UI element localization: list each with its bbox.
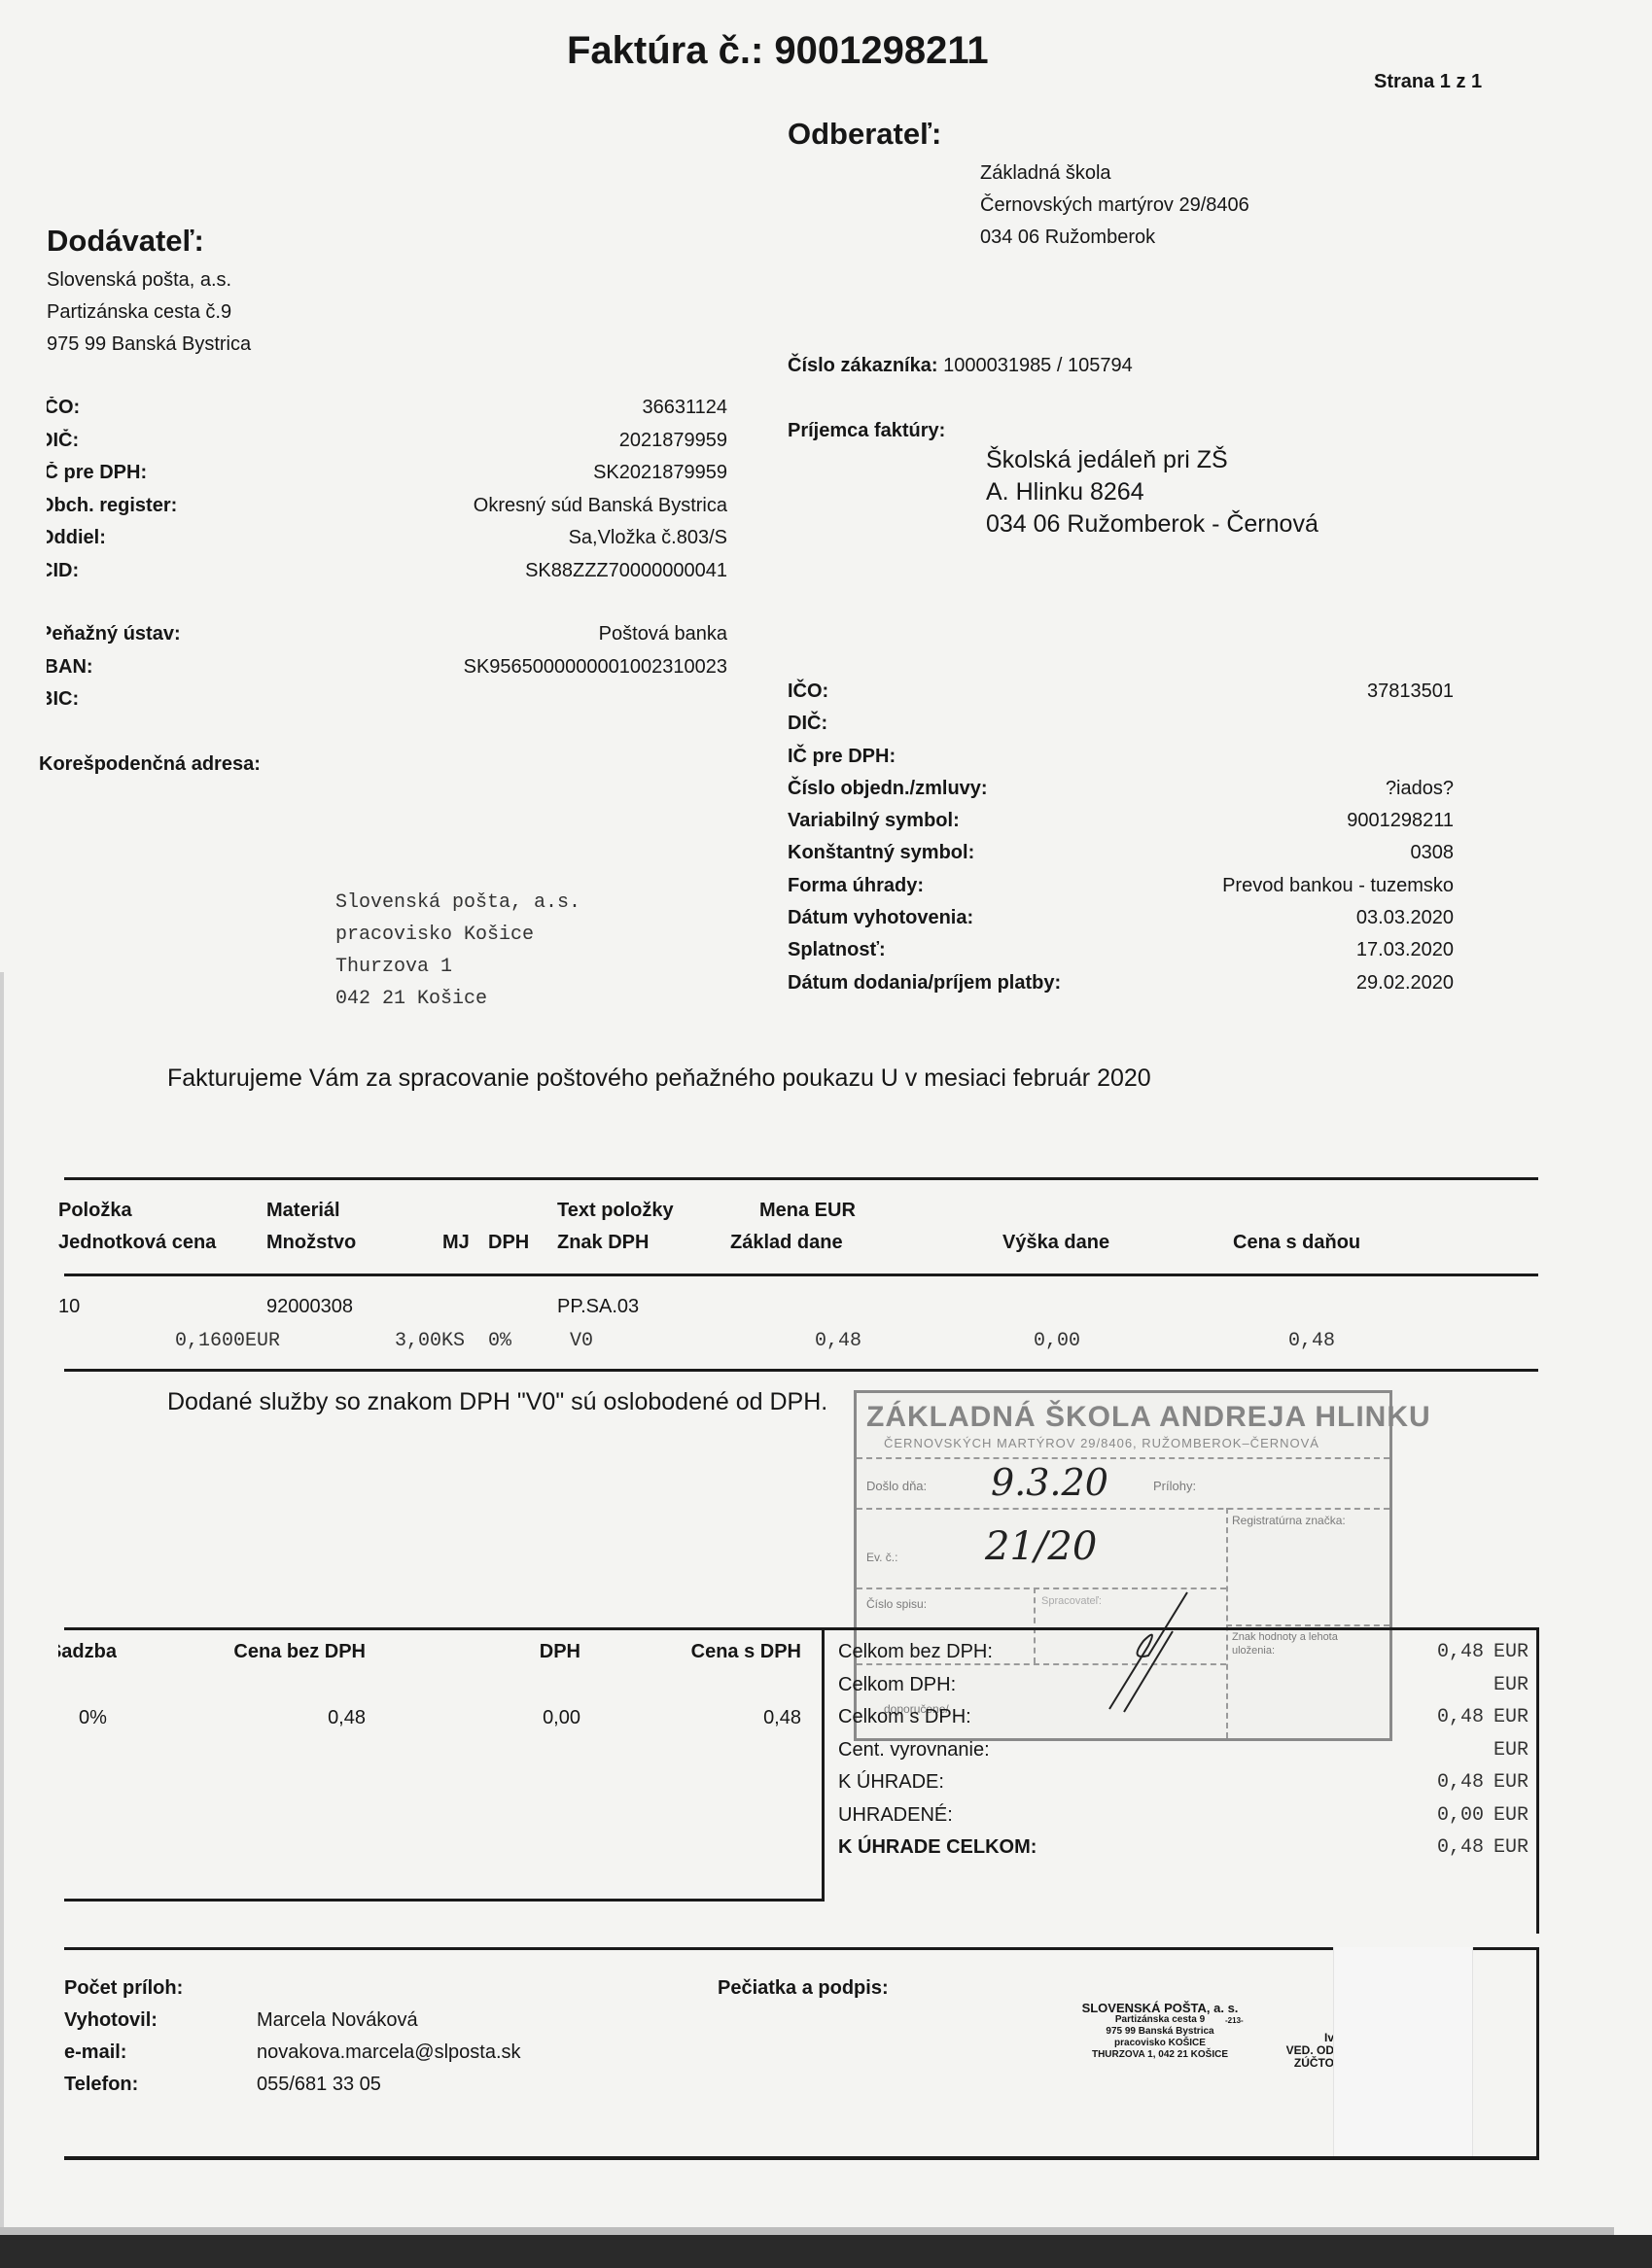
total-value: 0,48EUR: [1437, 1771, 1529, 1794]
customer-heading: Odberateľ:: [788, 117, 941, 152]
vat-summary-bottom-rule: [64, 1899, 824, 1902]
page-info: Strana 1 z 1: [1374, 71, 1482, 93]
registry-stamp-title: ZÁKLADNÁ ŠKOLA ANDREJA HLINKU: [866, 1401, 1431, 1434]
recipient-line: Školská jedáleň pri ZŠ: [986, 444, 1318, 476]
vat-col-rate: Sadzba: [64, 1641, 123, 1669]
detail-row: Konštantný symbol:0308: [788, 842, 1454, 874]
total-row: Celkom s DPH:0,48EUR: [838, 1706, 1529, 1739]
supplier-field-label: IČ pre DPH:: [39, 462, 147, 484]
customer-address-line: 034 06 Ružomberok: [980, 222, 1249, 254]
col-header-quantity: Množstvo: [266, 1232, 356, 1254]
col-header-text: Text položky: [557, 1200, 674, 1222]
col-header-currency: Mena EUR: [759, 1200, 856, 1222]
cell-text: PP.SA.03: [557, 1296, 639, 1318]
correspondence-line: 042 21 Košice: [335, 983, 580, 1015]
supplier-address: Slovenská pošta, a.s. Partizánska cesta …: [47, 264, 251, 361]
correspondence-label: Korešpodenčná adresa:: [39, 753, 261, 776]
detail-label: Dátum vyhotovenia:: [788, 907, 973, 929]
stamp-registry-mark-label: Registratúrna značka:: [1232, 1514, 1346, 1527]
intro-text: Fakturujeme Vám za spracovanie poštového…: [167, 1064, 1151, 1093]
stamp-divider: [857, 1457, 1389, 1459]
customer-number-label: Číslo zákazníka:: [788, 355, 938, 376]
col-header-tax-base: Základ dane: [730, 1232, 843, 1254]
bank-field-row: BIC:: [39, 688, 727, 721]
total-amount: 0,48: [1437, 1836, 1484, 1859]
phone-value: 055/681 33 05: [257, 2074, 381, 2096]
signer-block: Iv VED. OD ZÚČTO: [1276, 2032, 1334, 2070]
supplier-field-value: Sa,Vložka č.803/S: [569, 527, 727, 549]
correspondence-line: Slovenská pošta, a.s.: [335, 887, 580, 919]
totals-top-rule: [64, 1627, 1538, 1630]
company-stamp-line: SLOVENSKÁ POŠTA, a. s.: [1063, 2003, 1257, 2014]
cell-tax-base: 0,48: [764, 1330, 861, 1352]
detail-value: 17.03.2020: [1356, 939, 1454, 961]
invoice-details: IČO:37813501DIČ:IČ pre DPH:Číslo objedn.…: [788, 680, 1454, 1004]
total-row: K ÚHRADE:0,48EUR: [838, 1771, 1529, 1804]
recipient-line: 034 06 Ružomberok - Černová: [986, 508, 1318, 541]
bank-field-value: SK9565000000001002310023: [464, 656, 727, 679]
scan-bottom-edge: [0, 2235, 1652, 2268]
scan-bottom-edge-light: [0, 2227, 1614, 2235]
footer-right-rule: [1536, 1947, 1539, 2160]
cell-item: 10: [58, 1296, 80, 1318]
company-stamp-line: THURZOVA 1, 042 21 KOŠICE: [1063, 2049, 1257, 2061]
supplier-field-label: Oddiel:: [39, 527, 106, 549]
total-value: 0,48EUR: [1437, 1836, 1529, 1859]
supplier-field-value: Okresný súd Banská Bystrica: [474, 495, 727, 517]
total-value: 0,48EUR: [1437, 1706, 1529, 1728]
supplier-field-label: DIČ:: [39, 430, 79, 452]
company-stamp-line: pracovisko KOŠICE: [1063, 2038, 1257, 2049]
total-value: 0,00EUR: [1437, 1804, 1529, 1827]
totals-right-rule: [1536, 1627, 1539, 1934]
supplier-address-line: Slovenská pošta, a.s.: [47, 264, 251, 297]
supplier-field-label: IČO:: [39, 397, 80, 419]
bank-field-label: BIC:: [39, 688, 79, 711]
table-top-rule: [64, 1177, 1538, 1180]
total-currency: EUR: [1494, 1674, 1529, 1696]
total-amount: 0,48: [1437, 1706, 1484, 1728]
paper-overlay-sticker: [1333, 1947, 1473, 2159]
totals-divider: [822, 1627, 825, 1902]
supplier-field-row: CID:SK88ZZZ70000000041: [39, 560, 727, 593]
customer-address-line: Černovských martýrov 29/8406: [980, 190, 1249, 222]
email-label: e-mail:: [64, 2041, 126, 2064]
total-value: EUR: [1484, 1739, 1529, 1762]
detail-row: DIČ:: [788, 713, 1454, 745]
vat-gross: 0,48: [704, 1707, 801, 1729]
detail-label: Konštantný symbol:: [788, 842, 974, 864]
total-row: Celkom bez DPH:0,48EUR: [838, 1641, 1529, 1674]
detail-label: Forma úhrady:: [788, 875, 924, 897]
total-label: Celkom DPH:: [838, 1674, 956, 1696]
cell-unit-price: 0,1600EUR: [175, 1330, 280, 1352]
phone-label: Telefon:: [64, 2074, 138, 2096]
supplier-field-value: SK88ZZZ70000000041: [525, 560, 727, 582]
email-value: novakova.marcela@slposta.sk: [257, 2041, 521, 2064]
footer-bottom-rule: [64, 2156, 1538, 2160]
total-label: UHRADENÉ:: [838, 1804, 953, 1827]
col-header-item: Položka: [58, 1200, 132, 1222]
detail-row: IČ pre DPH:: [788, 746, 1454, 778]
total-label: Celkom s DPH:: [838, 1706, 971, 1728]
company-stamp-code: -213-: [1225, 2016, 1244, 2025]
registry-stamp-subtitle: ČERNOVSKÝCH MARTÝROV 29/8406, RUŽOMBEROK…: [884, 1436, 1319, 1450]
company-stamp-line: 975 99 Banská Bystrica: [1063, 2026, 1257, 2038]
detail-label: Číslo objedn./zmluvy:: [788, 778, 988, 800]
col-header-vat: DPH: [488, 1232, 529, 1254]
supplier-fields: IČO:36631124DIČ:2021879959IČ pre DPH:SK2…: [39, 397, 727, 592]
total-currency: EUR: [1494, 1804, 1529, 1827]
detail-value: ?iados?: [1386, 778, 1454, 800]
col-header-vat-code: Znak DPH: [557, 1232, 649, 1254]
customer-number-value: 1000031985 / 105794: [943, 355, 1133, 376]
bank-field-value: Poštová banka: [599, 623, 727, 646]
supplier-field-label: Obch. register:: [39, 495, 177, 517]
stamp-attachments-label: Prílohy:: [1153, 1479, 1196, 1493]
recipient-label: Príjemca faktúry:: [788, 420, 945, 442]
supplier-field-value: 36631124: [643, 397, 728, 419]
total-label: K ÚHRADE CELKOM:: [838, 1836, 1037, 1859]
vat-rate: 0%: [79, 1707, 107, 1729]
total-label: Celkom bez DPH:: [838, 1641, 993, 1663]
detail-label: IČO:: [788, 680, 828, 703]
stamp-divider: [857, 1508, 1389, 1510]
detail-row: IČO:37813501: [788, 680, 1454, 713]
supplier-bank-fields: Peňažný ústav:Poštová bankaIBAN:SK956500…: [39, 623, 727, 721]
total-currency: EUR: [1494, 1739, 1529, 1762]
total-row: Celkom DPH:EUR: [838, 1674, 1529, 1707]
table-bottom-rule: [64, 1369, 1538, 1372]
vat-col-gross: Cena s DPH: [642, 1641, 801, 1663]
totals-list: Celkom bez DPH:0,48EURCelkom DPH:EURCelk…: [838, 1641, 1529, 1869]
detail-row: Dátum dodania/príjem platby:29.02.2020: [788, 972, 1454, 1004]
correspondence-line: Thurzova 1: [335, 951, 580, 983]
supplier-heading: Dodávateľ:: [47, 224, 204, 259]
col-header-tax-amount: Výška dane: [1002, 1232, 1109, 1254]
cell-material: 92000308: [266, 1296, 353, 1318]
total-row: Cent. vyrovnanie:EUR: [838, 1739, 1529, 1772]
detail-value: 0308: [1411, 842, 1455, 864]
customer-address: Základná škola Černovských martýrov 29/8…: [980, 157, 1249, 254]
bank-field-row: IBAN:SK9565000000001002310023: [39, 656, 727, 689]
signer-line: ZÚČTO: [1276, 2057, 1334, 2070]
detail-value: 29.02.2020: [1356, 972, 1454, 994]
correspondence-line: pracovisko Košice: [335, 919, 580, 951]
vat-col-net: Cena bez DPH: [194, 1641, 366, 1663]
supplier-field-value: 2021879959: [619, 430, 727, 452]
detail-label: Dátum dodania/príjem platby:: [788, 972, 1061, 994]
attachments-label: Počet príloh:: [64, 1977, 183, 2000]
col-header-unit: MJ: [442, 1232, 470, 1254]
customer-number: Číslo zákazníka: 1000031985 / 105794: [788, 355, 1133, 377]
detail-value: Prevod bankou - tuzemsko: [1222, 875, 1454, 897]
stamp-ev-handwritten: 21/20: [985, 1524, 1097, 1569]
bank-field-label: Peňažný ústav:: [39, 623, 181, 646]
detail-label: Splatnosť:: [788, 939, 886, 961]
footer-top-rule: [64, 1947, 1538, 1950]
recipient-address: Školská jedáleň pri ZŠ A. Hlinku 8264 03…: [986, 444, 1318, 541]
cell-vat-code: V0: [570, 1330, 593, 1352]
total-amount: 0,48: [1437, 1771, 1484, 1794]
total-currency: EUR: [1494, 1706, 1529, 1728]
stamp-signature-label: Pečiatka a podpis:: [718, 1977, 889, 2000]
supplier-address-line: Partizánska cesta č.9: [47, 297, 251, 329]
vat-amount: 0,00: [483, 1707, 580, 1729]
supplier-address-line: 975 99 Banská Bystrica: [47, 329, 251, 361]
total-amount: 0,48: [1437, 1641, 1484, 1663]
customer-address-line: Základná škola: [980, 157, 1249, 190]
recipient-line: A. Hlinku 8264: [986, 476, 1318, 508]
vat-net: 0,48: [268, 1707, 366, 1729]
supplier-field-row: Obch. register:Okresný súd Banská Bystri…: [39, 495, 727, 528]
col-header-unit-price: Jednotková cena: [58, 1232, 216, 1254]
cell-quantity-unit: 3,00KS: [395, 1330, 465, 1352]
detail-label: IČ pre DPH:: [788, 746, 896, 768]
detail-row: Variabilný symbol:9001298211: [788, 810, 1454, 842]
total-currency: EUR: [1494, 1771, 1529, 1794]
total-row: UHRADENÉ:0,00EUR: [838, 1804, 1529, 1837]
detail-row: Forma úhrady:Prevod bankou - tuzemsko: [788, 875, 1454, 907]
bank-field-label: IBAN:: [39, 656, 93, 679]
detail-value: 03.03.2020: [1356, 907, 1454, 929]
total-value: EUR: [1484, 1674, 1529, 1696]
supplier-field-label: CID:: [39, 560, 79, 582]
table-header-rule: [64, 1274, 1538, 1276]
total-label: K ÚHRADE:: [838, 1771, 944, 1794]
vat-col-vat: DPH: [486, 1641, 580, 1663]
detail-row: Splatnosť:17.03.2020: [788, 939, 1454, 971]
invoice-title: Faktúra č.: 9001298211: [567, 29, 989, 73]
cell-price-with-tax: 0,48: [1238, 1330, 1335, 1352]
supplier-field-row: DIČ:2021879959: [39, 430, 727, 463]
total-currency: EUR: [1494, 1641, 1529, 1663]
supplier-field-row: IČ pre DPH:SK2021879959: [39, 462, 727, 495]
stamp-file-no-label: Číslo spisu:: [866, 1597, 927, 1611]
vat-note: Dodané služby so znakom DPH "V0" sú oslo…: [167, 1388, 827, 1416]
cell-vat-rate: 0%: [488, 1330, 511, 1352]
total-label: Cent. vyrovnanie:: [838, 1739, 990, 1762]
stamp-ev-label: Ev. č.:: [866, 1551, 897, 1564]
total-value: 0,48EUR: [1437, 1641, 1529, 1663]
detail-label: Variabilný symbol:: [788, 810, 960, 832]
issued-by-label: Vyhotovil:: [64, 2009, 158, 2032]
company-stamp: SLOVENSKÁ POŠTA, a. s. Partizánska cesta…: [1063, 2003, 1257, 2061]
stamp-divider: [1226, 1624, 1389, 1626]
detail-row: Číslo objedn./zmluvy:?iados?: [788, 778, 1454, 810]
supplier-field-row: IČO:36631124: [39, 397, 727, 430]
total-amount: 0,00: [1437, 1804, 1484, 1827]
total-currency: EUR: [1494, 1836, 1529, 1859]
stamp-received-label: Došlo dňa:: [866, 1479, 927, 1493]
correspondence-address: Slovenská pošta, a.s. pracovisko Košice …: [335, 887, 580, 1015]
col-header-material: Materiál: [266, 1200, 340, 1222]
issued-by-value: Marcela Nováková: [257, 2009, 418, 2032]
detail-value: 37813501: [1367, 680, 1454, 703]
supplier-field-row: Oddiel:Sa,Vložka č.803/S: [39, 527, 727, 560]
bank-field-row: Peňažný ústav:Poštová banka: [39, 623, 727, 656]
stamp-received-handwritten: 9.3.20: [991, 1461, 1108, 1504]
vat-col-rate-label: Sadzba: [58, 1641, 117, 1663]
col-header-price-with-tax: Cena s daňou: [1233, 1232, 1360, 1254]
cell-tax-amount: 0,00: [983, 1330, 1080, 1352]
detail-value: 9001298211: [1347, 810, 1454, 832]
detail-label: DIČ:: [788, 713, 827, 735]
total-row: K ÚHRADE CELKOM:0,48EUR: [838, 1836, 1529, 1869]
supplier-field-value: SK2021879959: [593, 462, 727, 484]
detail-row: Dátum vyhotovenia:03.03.2020: [788, 907, 1454, 939]
